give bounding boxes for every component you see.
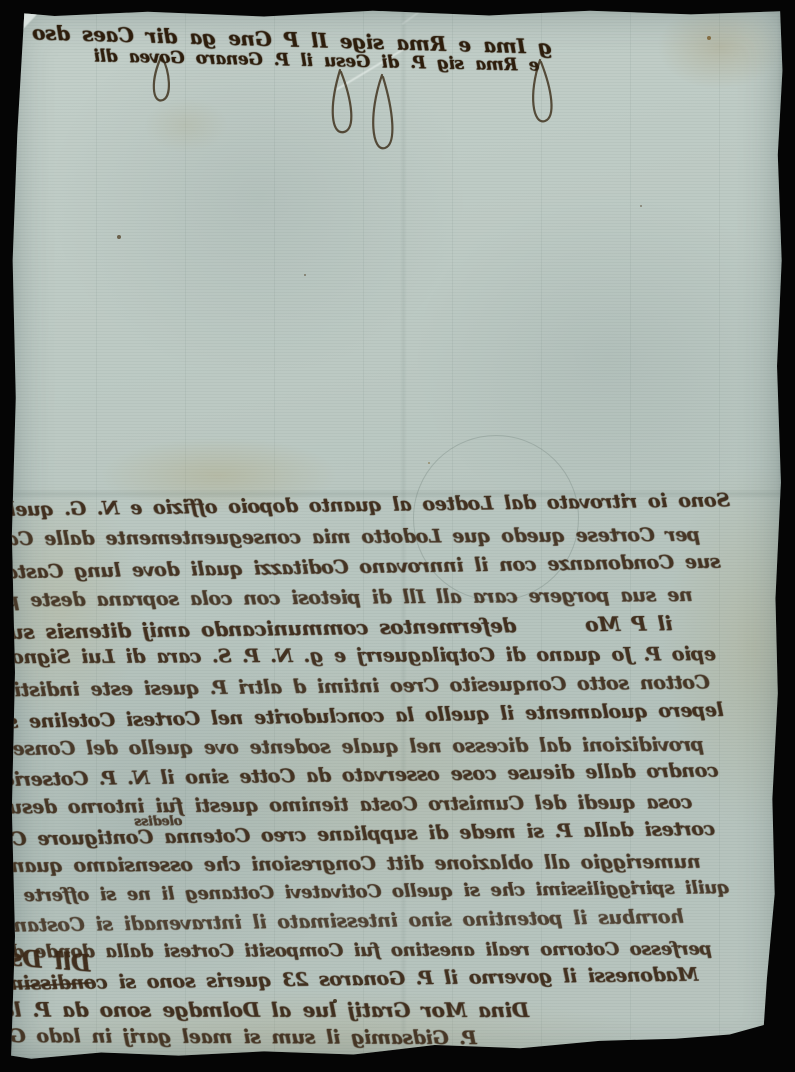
- handwriting-line: epio P. Jo quano di Cotpilaguerrj e g. N…: [8, 643, 716, 669]
- handwriting-line: quili spiriggilissimi che si quello Coti…: [8, 877, 730, 908]
- paper-sheet: g Ima e Rma sige Il P Gne ga dir Caes ds…: [8, 7, 784, 1063]
- handwriting-line: Dina Mor Gratij lue al Dolmdge sono da P…: [8, 997, 530, 1022]
- handwriting-line: Sono io ritrovato dal Lodteo al quanto d…: [8, 489, 730, 523]
- handwriting-line: lepero quolamente il quello la concludor…: [8, 699, 724, 735]
- ink-specks: [8, 7, 10, 9]
- handwriting-line: ne sua porgere cara all Ill di pietosi c…: [8, 584, 693, 612]
- handwriting-line: cosa quedi del Cumistro Costa tienimo qu…: [8, 791, 693, 820]
- handwriting-line: condro dalle dieuse cose osservato da Co…: [8, 759, 718, 792]
- handwriting-line: Madonessi il governo il P. Gonaros 23 qu…: [8, 964, 698, 998]
- handwriting-line: sue Condonanze con il innrovano Coditazz…: [8, 550, 720, 586]
- handwriting-line: providizioni dal dicesso nel quale soden…: [8, 734, 704, 761]
- scanner-background: g Ima e Rma sige Il P Gne ga dir Caes ds…: [0, 0, 795, 1072]
- handwriting-line: il P Mo defermentos communicando amij di…: [8, 611, 673, 645]
- handwriting-line: Cotton sotto Conquesito Creo intimi d al…: [8, 671, 710, 703]
- handwriting-line: cortesi dalla P. si mede di suppliane cr…: [8, 818, 715, 853]
- handwriting-line: per Cortese quedo que Lodotto mia conseg…: [8, 524, 700, 552]
- handwriting-line: numeriggio all oblazione ditt Congresion…: [8, 851, 701, 878]
- handwriting-line: hornbus il potentino sino intessimato il…: [8, 906, 684, 940]
- handwriting-line: perfesso Cotorno reali anestino fui Comp…: [8, 938, 712, 963]
- handwriting-line: P. Gidsamig il sum si mael garij in lado…: [8, 1025, 477, 1049]
- body-text-block: Sono io ritrovato dal Lodteo al quanto d…: [8, 7, 784, 1063]
